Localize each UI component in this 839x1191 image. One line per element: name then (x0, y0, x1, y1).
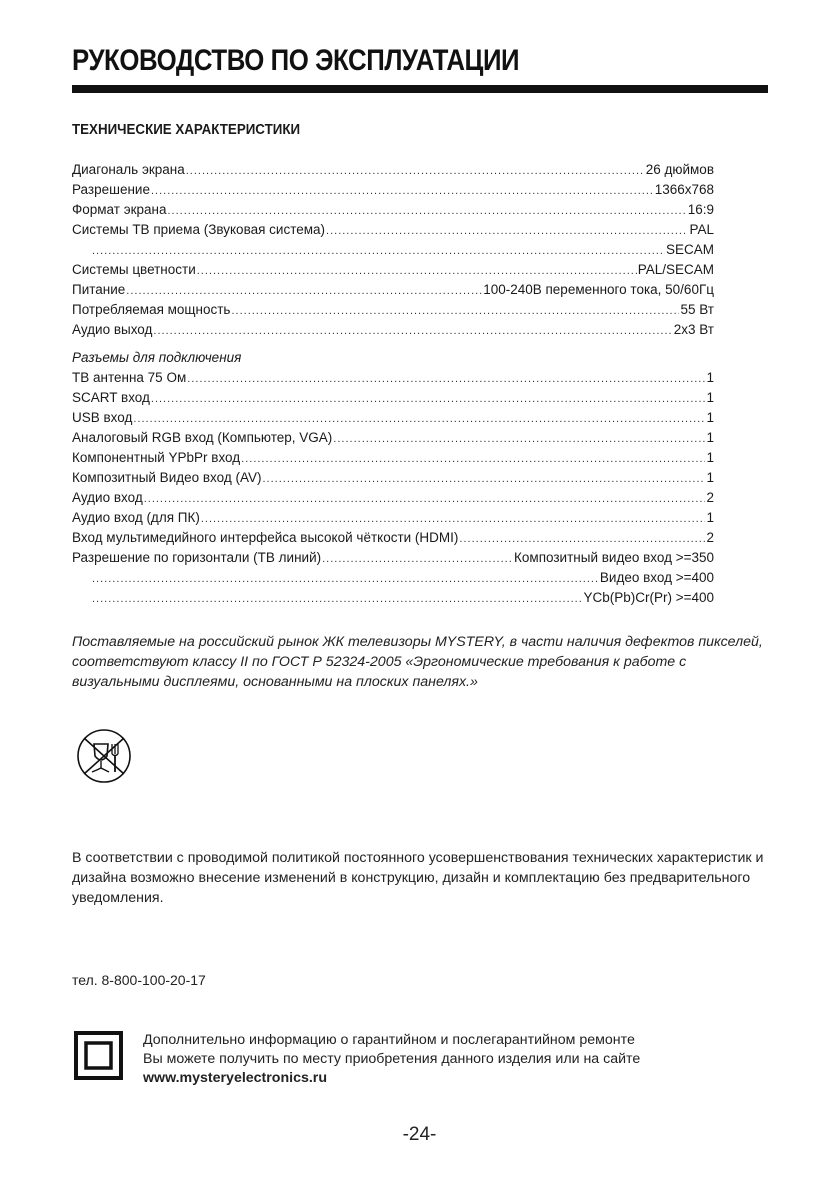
leader-dots (92, 589, 582, 608)
spec-row: Системы цветностиPAL/SECAM (72, 260, 714, 280)
spec-value: 1 (706, 368, 714, 388)
leader-dots (151, 389, 706, 408)
leader-dots (262, 469, 705, 488)
spec-value: PAL/SECAM (638, 260, 714, 280)
spec-row: YCb(Pb)Cr(Pr) >=400 (72, 588, 714, 608)
leader-dots (144, 489, 706, 508)
spec-label: Системы цветности (72, 260, 196, 280)
spec-label: Разрешение по горизонтали (ТВ линий) (72, 548, 321, 568)
leader-dots (333, 429, 705, 448)
spec-value: 2 (706, 488, 714, 508)
leader-dots (241, 449, 705, 468)
spec-value: 1 (706, 468, 714, 488)
spec-value: 55 Вт (680, 300, 714, 320)
leader-dots (201, 509, 706, 528)
specs-list: Диагональ экрана26 дюймовРазрешение1366x… (72, 160, 714, 608)
spec-row: Питание100-240В переменного тока, 50/60Г… (72, 280, 714, 300)
spec-value: 1366x768 (655, 180, 714, 200)
spec-value: 1 (706, 508, 714, 528)
spec-row: Аудио вход2 (72, 488, 714, 508)
pixel-defects-note: Поставляемые на российский рынок ЖК теле… (72, 632, 772, 692)
website-link[interactable]: www.mysteryelectronics.ru (143, 1069, 743, 1088)
spec-label: Аудио вход (для ПК) (72, 508, 200, 528)
spec-row: Формат экрана16:9 (72, 200, 714, 220)
spec-value: Композитный видео вход >=350 (514, 548, 714, 568)
spec-value: 2 (706, 528, 714, 548)
leader-dots (326, 221, 688, 240)
warranty-info: Дополнительно информацию о гарантийном и… (143, 1031, 743, 1088)
spec-label: Формат экрана (72, 200, 166, 220)
spec-row: Разрешение по горизонтали (ТВ линий)Комп… (72, 548, 714, 568)
leader-dots (186, 161, 645, 180)
spec-label: Аудио вход (72, 488, 143, 508)
spec-label: Потребляемая мощность (72, 300, 230, 320)
warranty-line-1: Дополнительно информацию о гарантийном и… (143, 1031, 743, 1050)
leader-dots (126, 281, 482, 300)
spec-row: Системы ТВ приема (Звуковая система)PAL (72, 220, 714, 240)
spec-label: Компонентный YPbPr вход (72, 448, 240, 468)
spec-value: 2x3 Вт (674, 320, 714, 340)
leader-dots (92, 569, 599, 588)
spec-label: Диагональ экрана (72, 160, 185, 180)
spec-label: Системы ТВ приема (Звуковая система) (72, 220, 325, 240)
leader-dots (197, 261, 637, 280)
spec-row: Потребляемая мощность55 Вт (72, 300, 714, 320)
policy-text: В соответствии с проводимой политикой по… (72, 848, 772, 908)
spec-row: Диагональ экрана26 дюймов (72, 160, 714, 180)
leader-dots (92, 241, 665, 260)
spec-value: SECAM (666, 240, 714, 260)
not-for-food-icon (76, 728, 132, 784)
spec-label: Вход мультимедийного интерфейса высокой … (72, 528, 458, 548)
spec-row: Аналоговый RGB вход (Компьютер, VGA)1 (72, 428, 714, 448)
page-title: РУКОВОДСТВО ПО ЭКСПЛУАТАЦИИ (72, 44, 519, 78)
spec-row: ТВ антенна 75 Ом1 (72, 368, 714, 388)
spec-label: Аналоговый RGB вход (Компьютер, VGA) (72, 428, 332, 448)
spec-row: Аудио выход2x3 Вт (72, 320, 714, 340)
spec-row: Компонентный YPbPr вход1 (72, 448, 714, 468)
spec-label: Композитный Видео вход (AV) (72, 468, 261, 488)
spec-row: Видео вход >=400 (72, 568, 714, 588)
spec-row: Аудио вход (для ПК)1 (72, 508, 714, 528)
spec-row: SCART вход1 (72, 388, 714, 408)
connectors-heading: Разъемы для подключения (72, 348, 714, 368)
spec-label: Питание (72, 280, 125, 300)
spec-row: SECAM (72, 240, 714, 260)
leader-dots (151, 181, 654, 200)
spec-value: YCb(Pb)Cr(Pr) >=400 (583, 588, 714, 608)
spec-label: Аудио выход (72, 320, 152, 340)
leader-dots (153, 321, 672, 340)
leader-dots (459, 529, 705, 548)
spec-row: Разрешение1366x768 (72, 180, 714, 200)
specs-heading: ТЕХНИЧЕСКИЕ ХАРАКТЕРИСТИКИ (72, 122, 300, 138)
leader-dots (133, 409, 705, 428)
spec-value: PAL (689, 220, 714, 240)
spec-label: USB вход (72, 408, 132, 428)
spec-value: 1 (706, 428, 714, 448)
spec-value: Видео вход >=400 (600, 568, 714, 588)
spec-row: USB вход1 (72, 408, 714, 428)
spec-value: 1 (706, 388, 714, 408)
spec-value: 1 (706, 448, 714, 468)
leader-dots (231, 301, 679, 320)
leader-dots (187, 369, 705, 388)
page-number: -24- (0, 1124, 839, 1146)
spec-label: ТВ антенна 75 Ом (72, 368, 186, 388)
spec-value: 100-240В переменного тока, 50/60Гц (483, 280, 714, 300)
leader-dots (322, 549, 513, 568)
leader-dots (167, 201, 686, 220)
spec-value: 26 дюймов (646, 160, 714, 180)
warranty-line-2: Вы можете получить по месту приобретения… (143, 1050, 743, 1069)
phone-number: тел. 8-800-100-20-17 (72, 972, 206, 988)
spec-value: 16:9 (688, 200, 714, 220)
spec-label: Разрешение (72, 180, 150, 200)
spec-label: SCART вход (72, 388, 150, 408)
double-insulation-icon (74, 1031, 123, 1080)
spec-row: Композитный Видео вход (AV)1 (72, 468, 714, 488)
title-rule (72, 85, 768, 93)
spec-row: Вход мультимедийного интерфейса высокой … (72, 528, 714, 548)
spec-value: 1 (706, 408, 714, 428)
